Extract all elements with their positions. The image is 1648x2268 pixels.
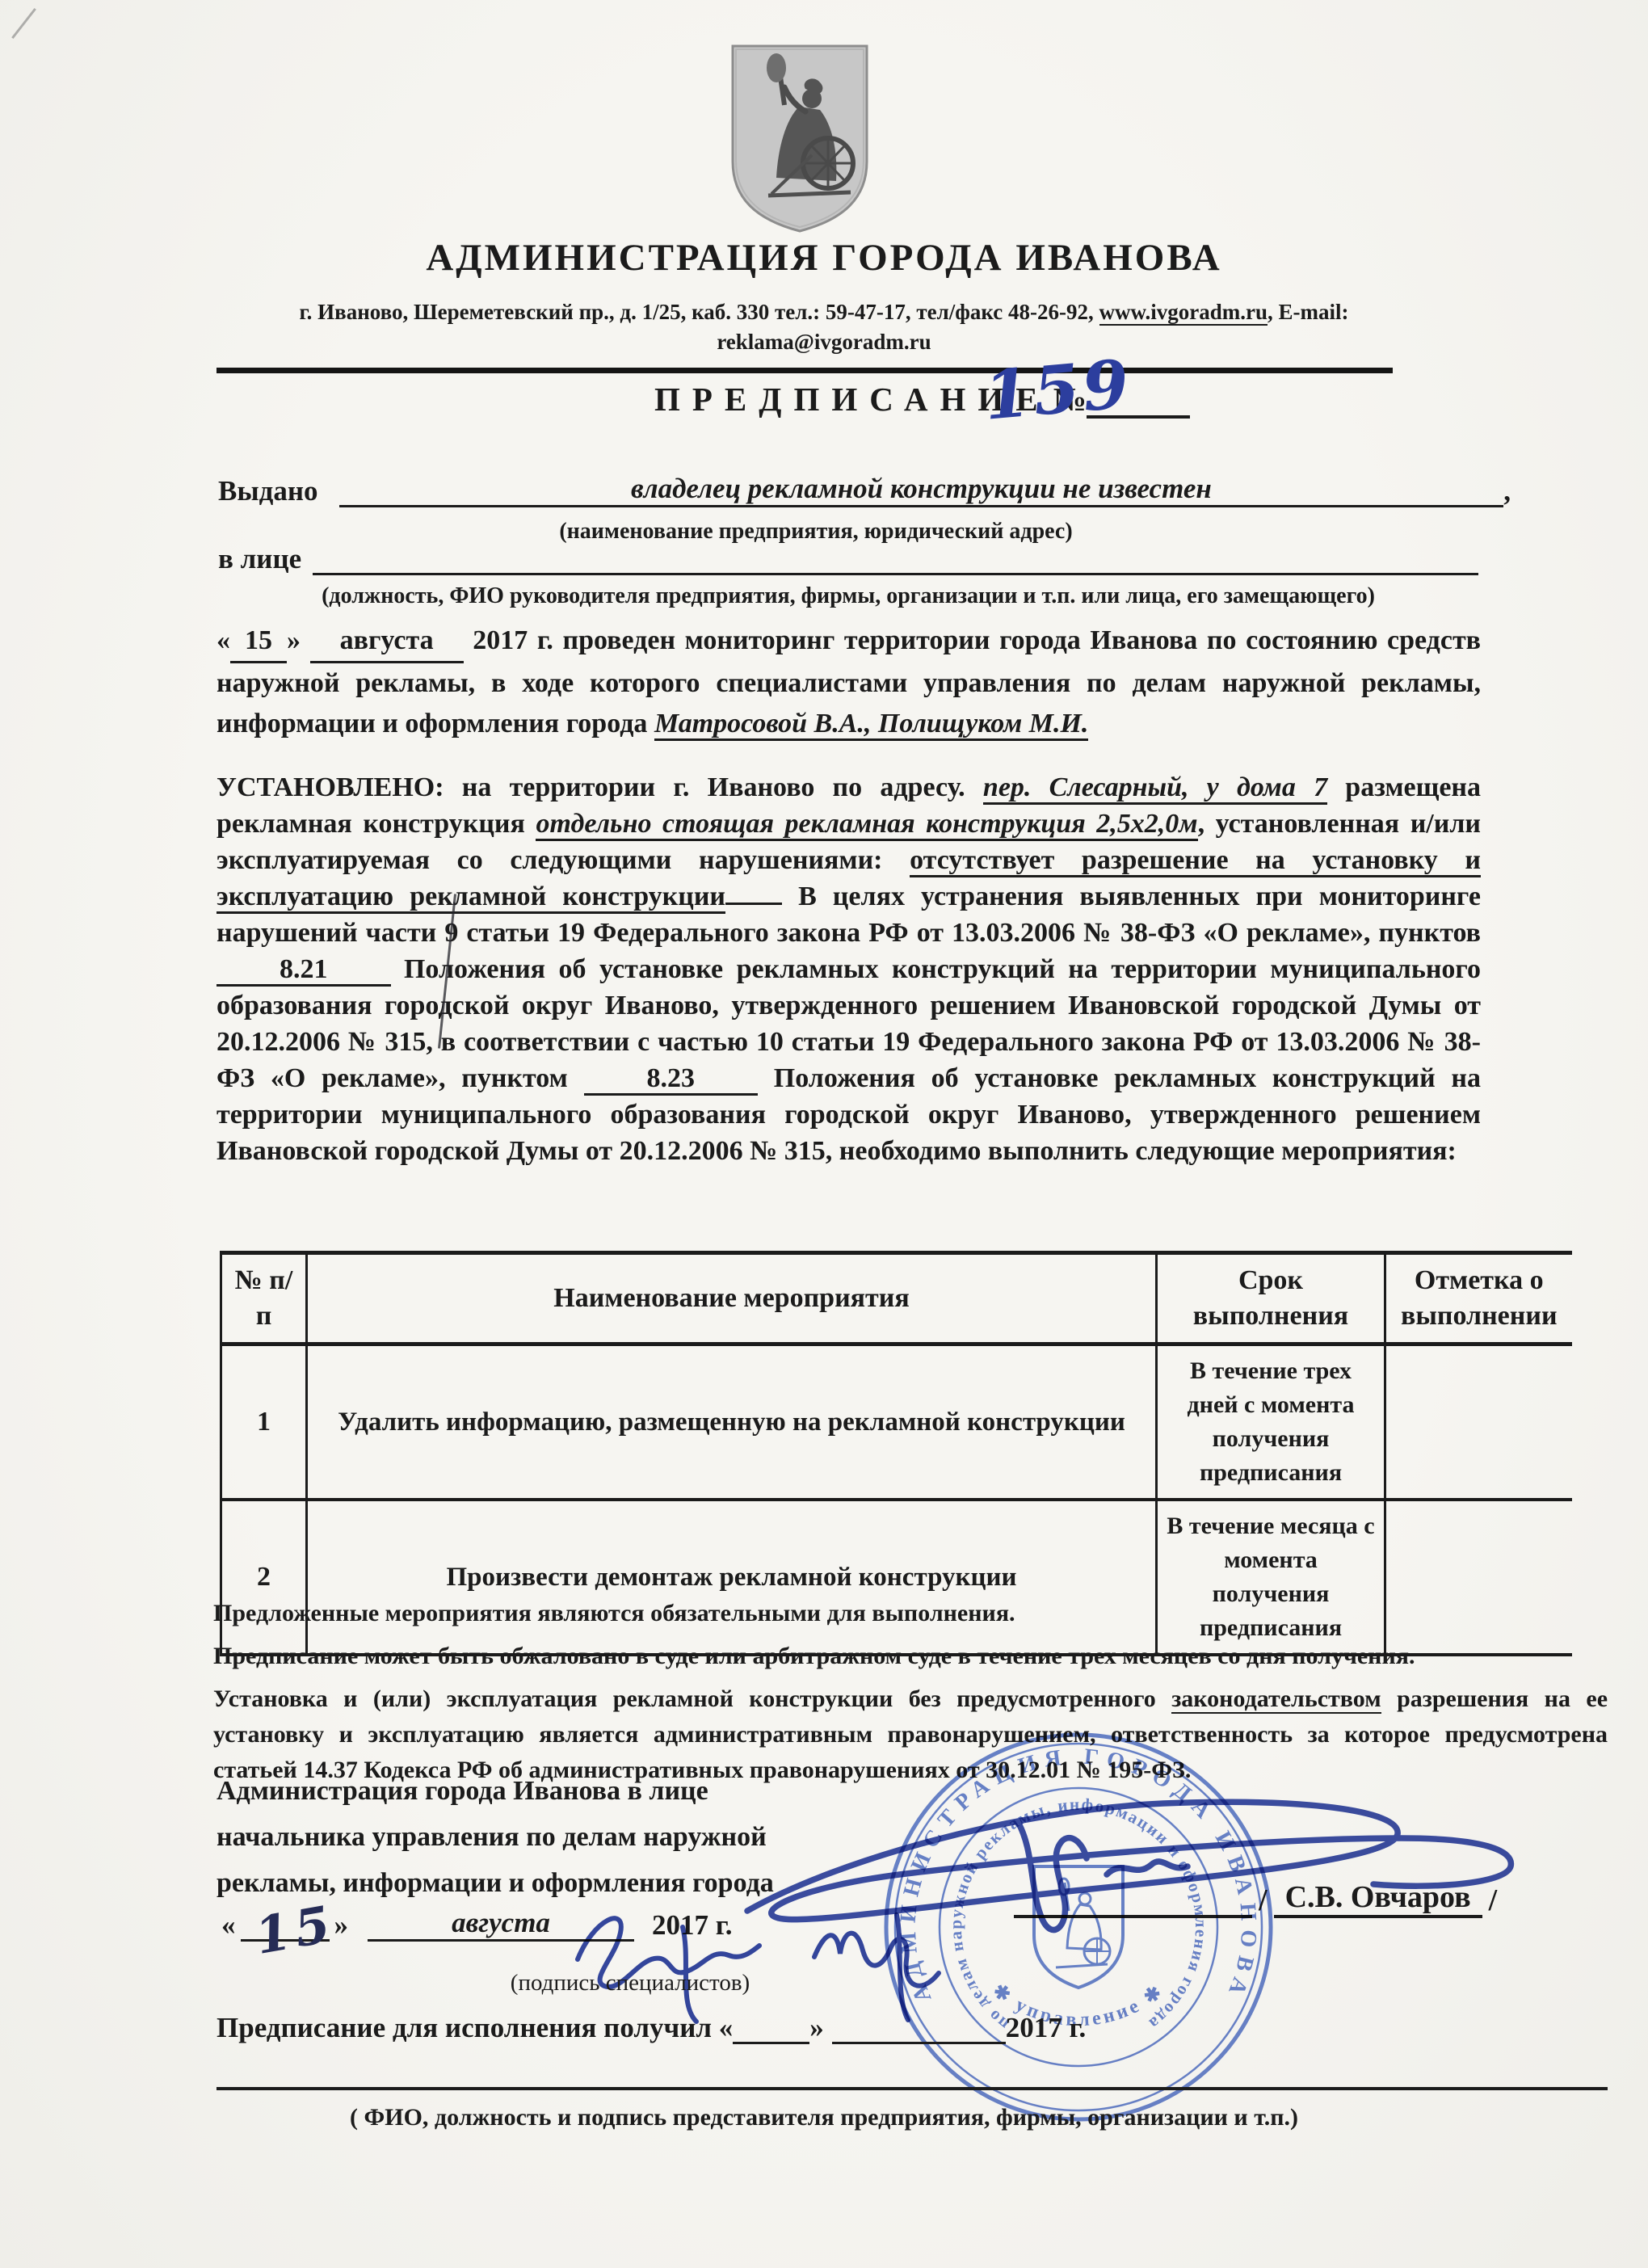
received-text: Предписание для исполнения получил « <box>217 2012 733 2044</box>
website-link: www.ivgoradm.ru <box>1099 300 1268 326</box>
handwritten-document-number: 159 <box>982 351 1135 430</box>
row-measure: Удалить информацию, размещенную на рекла… <box>307 1344 1157 1500</box>
established-territory: на территории г. Иваново по адресу. <box>462 772 965 802</box>
note-liability-underlined: законодательством <box>1171 1685 1381 1714</box>
received-row: Предписание для исполнения получил « » 2… <box>217 2012 1086 2044</box>
issued-value-line: владелец рекламной конструкции не извест… <box>339 473 1504 507</box>
quote-open: « <box>217 625 230 655</box>
received-day-blank <box>733 2042 809 2044</box>
issued-value: владелец рекламной конструкции не извест… <box>631 473 1212 504</box>
construction-type: отдельно стоящая рекламная конструкция 2… <box>536 809 1197 841</box>
specialists-names: Матросовой В.А., Полищуком М.И. <box>654 709 1088 741</box>
in-person-row: в лице <box>218 543 1478 575</box>
received-year: 2017 г. <box>1006 2012 1086 2044</box>
received-month-blank <box>832 2042 1006 2044</box>
table-header-row: № п/п Наименование мероприятия Срок выпо… <box>221 1253 1572 1344</box>
col-header-measure: Наименование мероприятия <box>307 1253 1157 1344</box>
quote-close: » <box>287 625 301 655</box>
note-appeal: Предписание может быть обжаловано в суде… <box>213 1639 1608 1674</box>
date-day-blank: 15 <box>241 1939 330 1942</box>
scan-artifact <box>11 8 36 39</box>
representative-signature-line <box>217 2087 1608 2090</box>
monitoring-paragraph: «15» августа 2017 г. проведен мониторинг… <box>217 621 1481 744</box>
row-mark <box>1385 1344 1572 1500</box>
regulation-point-2: 8.23 <box>584 1063 759 1096</box>
construction-address: пер. Слесарный, у дома 7 <box>983 772 1327 805</box>
ivanovo-coat-of-arms-icon <box>715 42 885 236</box>
address-email-label: , E-mail: <box>1268 300 1349 324</box>
established-intro: УСТАНОВЛЕНО: <box>217 772 444 802</box>
received-quote-close: » <box>809 2012 824 2044</box>
in-person-blank-line <box>313 573 1478 575</box>
in-person-caption: (должность, ФИО руководителя предприятия… <box>218 583 1478 609</box>
note-mandatory: Предложенные мероприятия являются обязат… <box>213 1596 1608 1631</box>
table-row: 1 Удалить информацию, размещенную на рек… <box>221 1344 1572 1500</box>
issued-label: Выдано <box>218 475 318 507</box>
organization-address: г. Иваново, Шереметевский пр., д. 1/25, … <box>0 297 1648 357</box>
note-liability-pre: Установка и (или) эксплуатация рекламной… <box>213 1685 1156 1712</box>
col-header-mark: Отметка о выполнении <box>1385 1253 1572 1344</box>
row-number: 1 <box>221 1344 307 1500</box>
issued-comma: , <box>1503 475 1511 507</box>
representative-caption: ( ФИО, должность и подпись представителя… <box>0 2104 1648 2131</box>
monitoring-month: августа <box>310 621 464 663</box>
regulation-point-1: 8.21 <box>217 954 391 987</box>
row-term: В течение трех дней с момента получения … <box>1157 1344 1385 1500</box>
handwritten-day: 15 <box>250 1894 338 1966</box>
monitoring-day: 15 <box>230 621 287 663</box>
quote-open: « <box>221 1909 236 1942</box>
organization-title: АДМИНИСТРАЦИЯ ГОРОДА ИВАНОВА <box>0 236 1648 280</box>
col-header-number: № п/п <box>221 1253 307 1344</box>
established-paragraph: УСТАНОВЛЕНО: на территории г. Иваново по… <box>217 769 1481 1169</box>
col-header-term: Срок выполнения <box>1157 1253 1385 1344</box>
signature-caption: (подпись специалистов) <box>440 1970 820 1997</box>
issued-caption: (наименование предприятия, юридический а… <box>218 519 1414 545</box>
scanned-document-page: АДМИНИСТРАЦИЯ ГОРОДА ИВАНОВА г. Иваново,… <box>0 0 1648 2268</box>
in-person-label: в лице <box>218 543 301 575</box>
address-text: г. Иваново, Шереметевский пр., д. 1/25, … <box>299 300 1093 324</box>
violation-blank <box>725 903 782 905</box>
email-address: reklama@ivgoradm.ru <box>717 330 931 354</box>
header-divider <box>217 368 1393 373</box>
issued-to-row: Выдано владелец рекламной конструкции не… <box>218 473 1511 507</box>
